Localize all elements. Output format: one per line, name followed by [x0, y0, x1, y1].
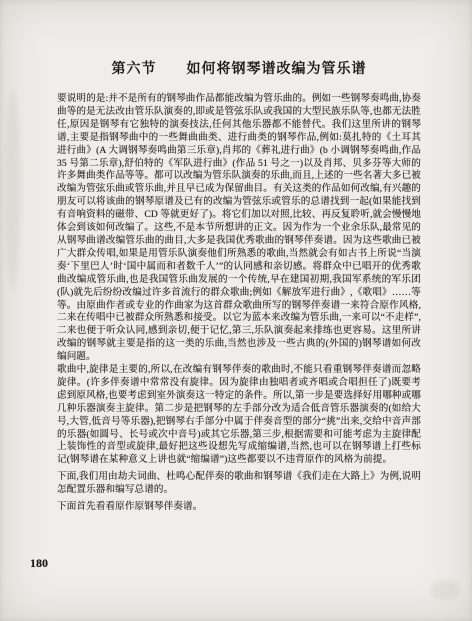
body-paragraph: 下面,我们用由劫夫词曲、杜鸣心配伴奏的歌曲和钢琴谱《我们走在大路上》为例,说明怎…	[57, 471, 421, 497]
scan-page: 第六节如何将钢琴谱改编为管乐谱 要说明的是:并不是所有的钢琴曲作品都能改编为管乐…	[0, 0, 472, 621]
scan-smudge	[430, 580, 460, 600]
scan-smudge	[6, 90, 20, 290]
text-column: 第六节如何将钢琴谱改编为管乐谱 要说明的是:并不是所有的钢琴曲作品都能改编为管乐…	[57, 58, 421, 514]
page-number: 180	[30, 556, 48, 571]
body-paragraph: 要说明的是:并不是所有的钢琴曲作品都能改编为管乐曲的。例如一些钢琴奏鸣曲,协奏曲…	[57, 93, 421, 364]
body-paragraph: 歌曲中,旋律是主要的,所以,在改编有钢琴伴奏的歌曲时,不能只看重钢琴伴奏谱而忽略…	[57, 364, 421, 467]
body-paragraph: 下面首先看看原作原钢琴伴奏谱。	[57, 501, 421, 514]
section-heading: 第六节如何将钢琴谱改编为管乐谱	[57, 58, 421, 78]
section-title: 如何将钢琴谱改编为管乐谱	[187, 62, 367, 77]
section-number: 第六节	[112, 62, 157, 77]
